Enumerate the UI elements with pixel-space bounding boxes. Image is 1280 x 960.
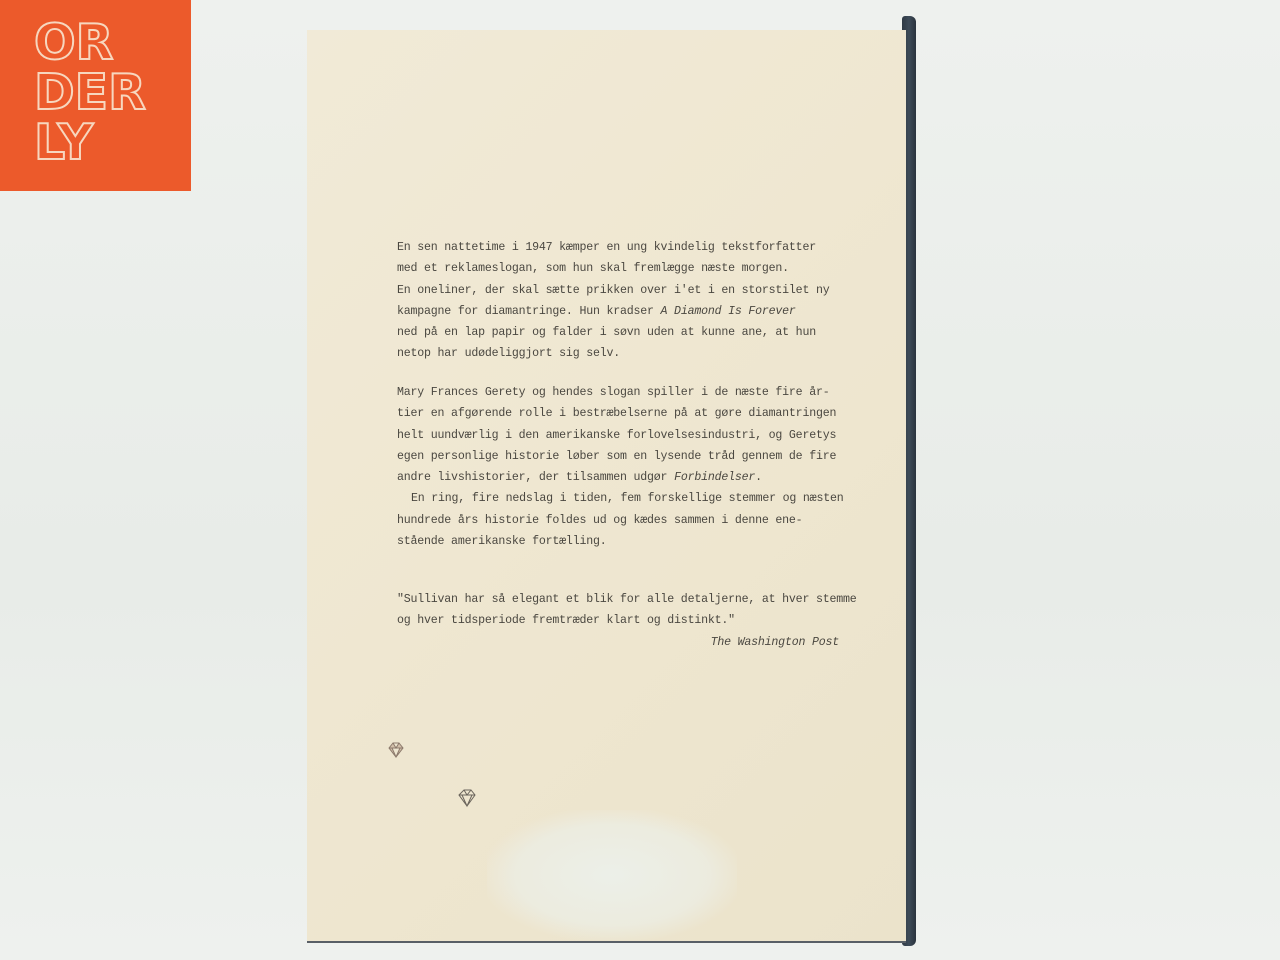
cover-smudge xyxy=(487,810,737,940)
blurb-line: Mary Frances Gerety og hendes slogan spi… xyxy=(397,382,857,403)
blurb-line: En sen nattetime i 1947 kæmper en ung kv… xyxy=(397,237,857,258)
quote-line: "Sullivan har så elegant et blik for all… xyxy=(397,589,857,610)
logo-line-1: OR xyxy=(34,18,174,68)
quote-line: og hver tidsperiode fremtræder klart og … xyxy=(397,610,857,631)
blurb-line: andre livshistorier, der tilsammen udgør… xyxy=(397,467,857,488)
quote-source: The Washington Post xyxy=(397,632,857,653)
blurb-text: andre livshistorier, der tilsammen udgør xyxy=(397,471,674,484)
blurb-line: ned på en lap papir og falder i søvn ude… xyxy=(397,322,857,343)
blurb-period: . xyxy=(755,471,762,484)
blurb-line: helt uundværlig i den amerikanske forlov… xyxy=(397,425,857,446)
blurb-line: netop har udødeliggjort sig selv. xyxy=(397,343,857,364)
logo-wordmark: OR DER LY xyxy=(34,18,174,168)
blurb-line: egen personlige historie løber som en ly… xyxy=(397,446,857,467)
slogan-title: A Diamond Is Forever xyxy=(661,305,796,318)
blurb-line: stående amerikanske fortælling. xyxy=(397,531,857,552)
diamond-icon xyxy=(457,788,477,808)
diamond-icon xyxy=(387,742,405,758)
blurb-line: hundrede års historie foldes ud og kædes… xyxy=(397,510,857,531)
press-quote: "Sullivan har så elegant et blik for all… xyxy=(397,589,857,653)
blurb-paragraph-1: En sen nattetime i 1947 kæmper en ung kv… xyxy=(397,237,857,365)
blurb-paragraph-2: Mary Frances Gerety og hendes slogan spi… xyxy=(397,382,857,552)
blurb-line: med et reklameslogan, som hun skal freml… xyxy=(397,258,857,279)
blurb-text: kampagne for diamantringe. Hun kradser xyxy=(397,305,661,318)
blurb-line: En ring, fire nedslag i tiden, fem forsk… xyxy=(397,488,857,509)
book-back-cover: En sen nattetime i 1947 kæmper en ung kv… xyxy=(307,30,906,941)
blurb-line: kampagne for diamantringe. Hun kradser A… xyxy=(397,301,857,322)
blurb-line: tier en afgørende rolle i bestræbelserne… xyxy=(397,403,857,424)
orderly-logo: OR DER LY xyxy=(0,0,191,191)
logo-line-3: LY xyxy=(34,118,174,168)
book-title: Forbindelser xyxy=(674,471,755,484)
blurb-line: En oneliner, der skal sætte prikken over… xyxy=(397,280,857,301)
logo-line-2: DER xyxy=(34,68,174,118)
